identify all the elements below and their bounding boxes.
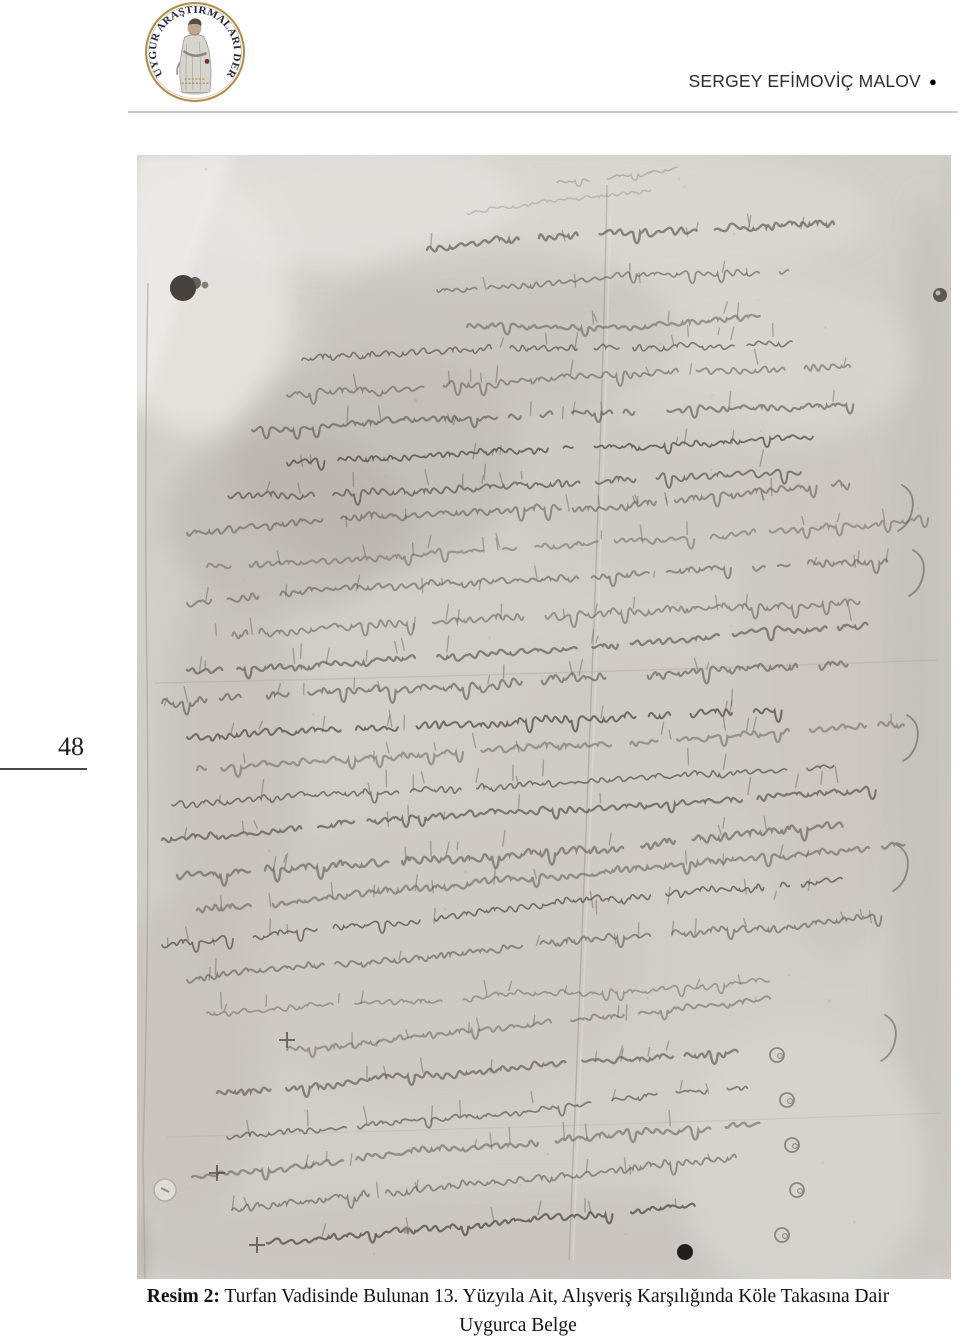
page-number-block: 48	[0, 730, 87, 770]
author-name: SERGEY EFİMOVİÇ MALOV	[689, 71, 921, 92]
journal-logo: UYGUR ARAŞTIRMALARI DERGİSİ	[145, 2, 245, 102]
figure-caption-text: Turfan Vadisinde Bulunan 13. Yüzyıla Ait…	[224, 1286, 889, 1336]
page-number-label: 48	[0, 730, 87, 764]
page-number-rule	[0, 768, 87, 770]
manuscript-scan-image	[137, 155, 951, 1279]
manuscript-figure	[137, 155, 951, 1279]
figure-caption-label: Resim 2:	[147, 1286, 220, 1307]
journal-logo-seal: UYGUR ARAŞTIRMALARI DERGİSİ	[145, 2, 245, 102]
header-rule	[128, 111, 958, 113]
author-heading: SERGEY EFİMOVİÇ MALOV ●	[689, 71, 937, 92]
bullet-icon: ●	[929, 75, 937, 88]
figure-caption: Resim 2: Turfan Vadisinde Bulunan 13. Yü…	[118, 1282, 918, 1340]
